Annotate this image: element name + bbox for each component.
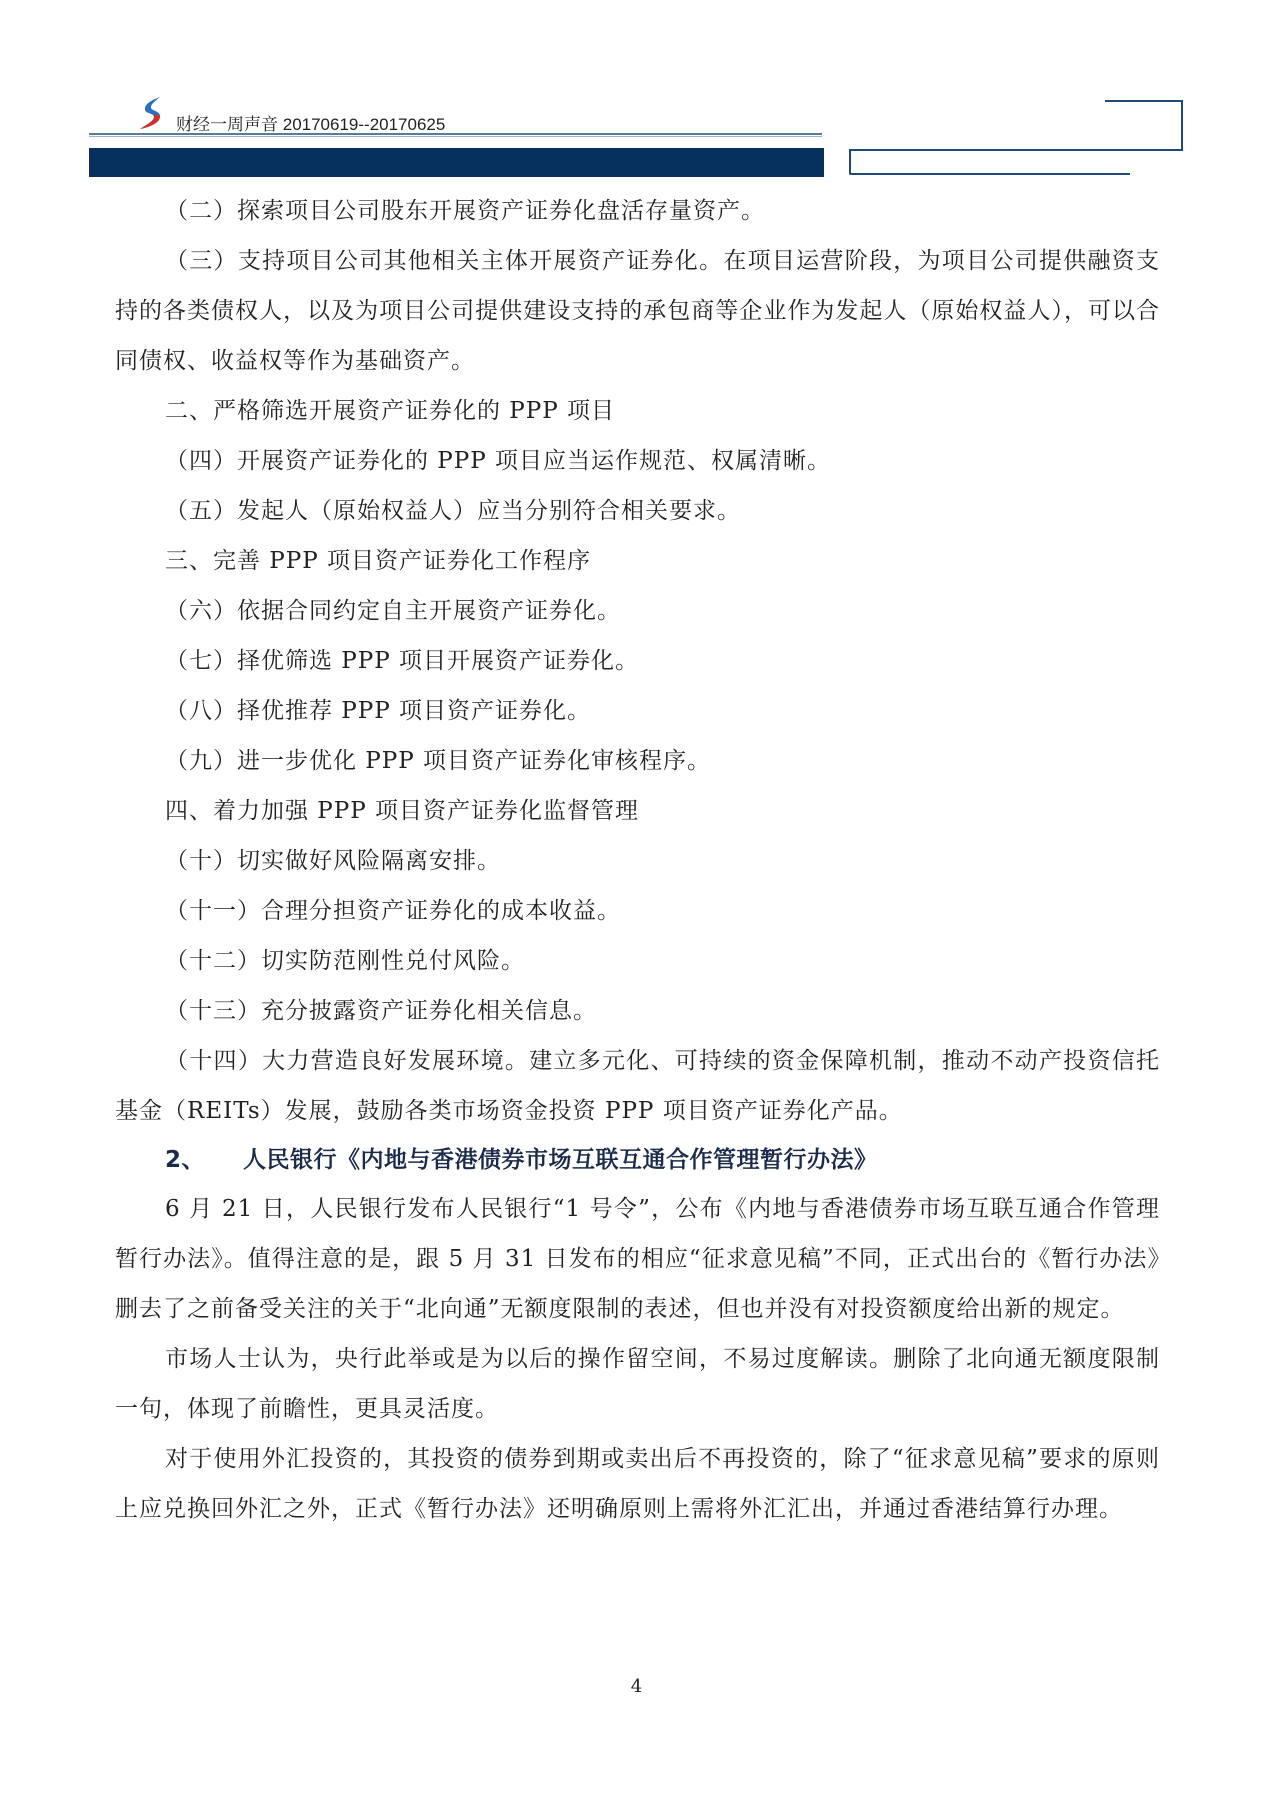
header-date-range: 20170619--20170625 <box>283 115 446 134</box>
section-heading: 2、人民银行《内地与香港债券市场互联互通合作管理暂行办法》 <box>115 1136 1160 1184</box>
paragraph: （十二）切实防范刚性兑付风险。 <box>115 936 1160 986</box>
header-frame-decoration-lower <box>849 149 1130 175</box>
header-rule <box>89 133 822 135</box>
paragraph: （十四）大力营造良好发展环境。建立多元化、可持续的资金保障机制，推动不动产投资信… <box>115 1036 1160 1136</box>
paragraph: 对于使用外汇投资的，其投资的债券到期或卖出后不再投资的，除了“征求意见稿”要求的… <box>115 1434 1160 1534</box>
paragraph: （八）择优推荐 PPP 项目资产证券化。 <box>115 686 1160 736</box>
header-band <box>89 148 824 177</box>
paragraph: 6 月 21 日，人民银行发布人民银行“1 号令”，公布《内地与香港债券市场互联… <box>115 1184 1160 1334</box>
paragraph: （十一）合理分担资产证券化的成本收益。 <box>115 886 1160 936</box>
header-frame-decoration <box>1105 100 1183 149</box>
paragraph: （十）切实做好风险隔离安排。 <box>115 836 1160 886</box>
paragraph: （六）依据合同约定自主开展资产证券化。 <box>115 586 1160 636</box>
document-body: （二）探索项目公司股东开展资产证券化盘活存量资产。 （三）支持项目公司其他相关主… <box>115 186 1160 1534</box>
header-title: 财经一周声音 20170619--20170625 <box>176 110 445 135</box>
header-publication: 财经一周声音 <box>176 115 278 134</box>
paragraph: （四）开展资产证券化的 PPP 项目应当运作规范、权属清晰。 <box>115 436 1160 486</box>
page-number: 4 <box>0 1676 1273 1697</box>
paragraph: （二）探索项目公司股东开展资产证券化盘活存量资产。 <box>115 186 1160 236</box>
paragraph: （十三）充分披露资产证券化相关信息。 <box>115 986 1160 1036</box>
header-rule-thin <box>89 136 822 137</box>
paragraph: （五）发起人（原始权益人）应当分别符合相关要求。 <box>115 486 1160 536</box>
section-title: 人民银行《内地与香港债券市场互联互通合作管理暂行办法》 <box>243 1147 878 1173</box>
subheading: 三、完善 PPP 项目资产证券化工作程序 <box>115 536 1160 586</box>
paragraph: （七）择优筛选 PPP 项目开展资产证券化。 <box>115 636 1160 686</box>
paragraph: （九）进一步优化 PPP 项目资产证券化审核程序。 <box>115 736 1160 786</box>
paragraph: （三）支持项目公司其他相关主体开展资产证券化。在项目运营阶段，为项目公司提供融资… <box>115 236 1160 386</box>
section-number: 2、 <box>165 1136 243 1184</box>
paragraph: 市场人士认为，央行此举或是为以后的操作留空间，不易过度解读。删除了北向通无额度限… <box>115 1334 1160 1434</box>
subheading: 二、严格筛选开展资产证券化的 PPP 项目 <box>115 386 1160 436</box>
subheading: 四、着力加强 PPP 项目资产证券化监督管理 <box>115 786 1160 836</box>
s-logo-icon <box>138 96 164 130</box>
